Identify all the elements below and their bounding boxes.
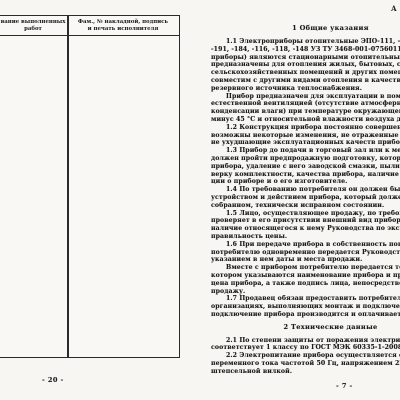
text-line: Вместе с прибором потребителю передается… [211,264,400,272]
manual-text-page: А 1 Общие указания1.1 Электроприборы ото… [205,0,400,400]
text-line: устройством и действием прибора, который… [211,194,400,202]
text-line: цена прибора, а также подпись лица, непо… [211,280,400,288]
text-line: проверяет в его присутствии внешний вид … [211,217,400,225]
text-line: прибора, удаление с него заводской смазк… [211,163,400,171]
text-line: организациях, выполняющих монтаж и подкл… [211,303,400,311]
text-line: возможны некоторые изменения, не отражен… [211,132,400,140]
column-header-executor: Фам., № накладной, подпись и печать испо… [67,16,179,35]
text-line: 2.2 Электропитание прибора осуществляетс… [211,352,400,360]
text-line: переменного тока частотой 50 Гц, напряже… [211,360,400,368]
column-header-executor-line2: и печать исполнителя [88,26,159,33]
text-line: Прибор предназначен для эксплуатации в п… [211,93,400,101]
text-line: продажу. [211,288,400,296]
text-line: потребителю одновременно передается Руко… [211,249,400,257]
column-header-executor-line1: Фам., № накладной, подпись [78,19,168,26]
text-line: естественной вентиляцией (отсутствие атм… [211,100,400,108]
text-line: собранном, технически исправном состояни… [211,202,400,210]
text-line: 2.1 По степени защиты от поражения элект… [211,337,400,345]
text-line: штепсельной вилкой. [211,368,400,376]
column-header-works-line1: вание выполненных [1,19,66,26]
column-header-works-line2: работ [24,26,42,33]
text-line: не ухудшающие эксплуатационных качеств п… [211,139,400,147]
text-line: 1.6 При передаче прибора в собственность… [211,241,400,249]
manual-text-lines: 1 Общие указания1.1 Электроприборы отопи… [211,24,400,376]
text-line: указанием в нем даты и места продажи. [211,256,400,264]
text-line: конденсации влаги) при температуре окруж… [211,108,400,116]
text-line: совместим с другими видами отопления в к… [211,77,400,85]
text-line: минус 45 °С и относительной влажности во… [211,116,400,124]
text-line: -191, -184, -116, -118, -148 УЗ ТУ 3468-… [211,46,400,54]
text-line: подключение прибора производится и оплач… [211,311,400,319]
text-line: 2 Технические данные [211,323,400,332]
right-page-number: - 7 - [336,382,353,390]
text-line: приборы) являются стационарными отопител… [211,54,400,62]
text-line: 1.4 По требованию потребителя он должен … [211,186,400,194]
scanned-manual-spread: { "left_page": { "table": { "col1_header… [0,0,400,400]
column-header-works: вание выполненных работ [0,16,67,35]
table-header-row: вание выполненных работ Фам., № накладно… [0,16,179,36]
text-line: резервного источника теплоснабжения. [211,85,400,93]
text-line: 1.1 Электроприборы отопительные ЭПО-111,… [211,38,400,46]
left-page-number: - 20 - [42,376,64,384]
text-line: должен пройти предпродажную подготовку, … [211,155,400,163]
text-line: предназначены для отопления жилых, бытов… [211,61,400,69]
text-line: ции о приборе и о его изготовителе. [211,178,400,186]
text-line: 1.5 Лицо, осуществляющее продажу, по тре… [211,210,400,218]
text-line: верку комплектности, качества прибора, н… [211,171,400,179]
text-line: сельскохозяйственных помещений и других … [211,69,400,77]
corner-mark: А [391,4,397,13]
text-line: соответствует 1 классу по ГОСТ МЭК 60335… [211,344,400,352]
text-line: 1.3 Прибор до подачи в торговый зал или … [211,147,400,155]
text-line: правильность цены. [211,233,400,241]
text-line: 1.2 Конструкция прибора постоянно соверш… [211,124,400,132]
text-line: 1 Общие указания [211,24,400,33]
repair-log-table: вание выполненных работ Фам., № накладно… [0,15,180,358]
text-line: наличие относящегося к нему Руководства … [211,225,400,233]
table-column-divider [67,16,69,357]
text-line: 1.7 Продавец обязан предоставить потреби… [211,295,400,303]
text-line: котором указываются наименование прибора… [211,272,400,280]
